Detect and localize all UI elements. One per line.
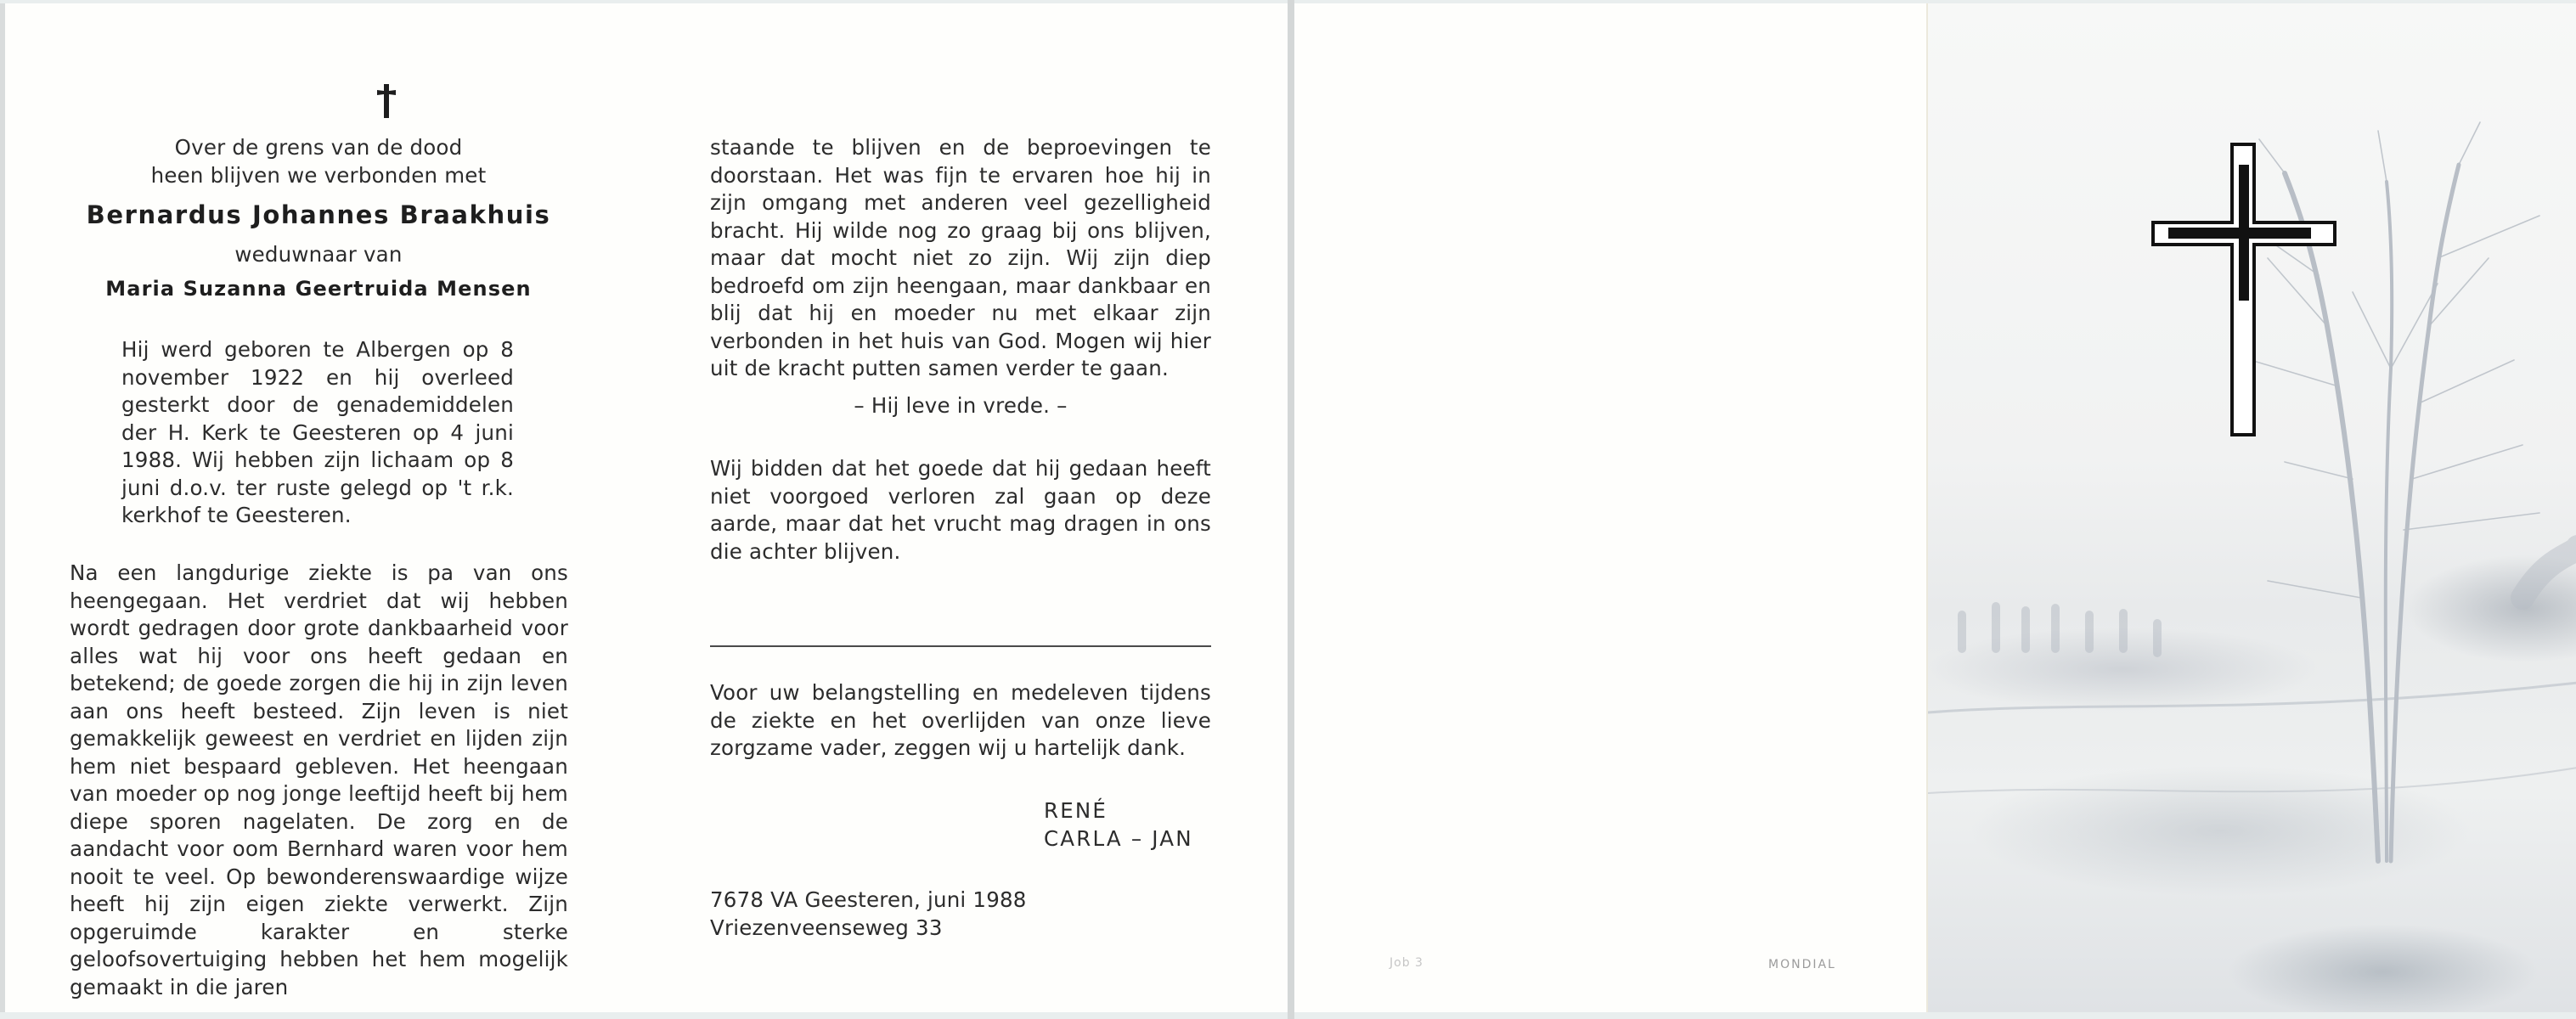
story-paragraph-1: Na een langdurige ziekte is pa van ons h…	[70, 560, 568, 1001]
address-block: 7678 VA Geesteren, juni 1988 Vriezenveen…	[710, 887, 1027, 942]
address-line: Vriezenveenseweg 33	[710, 915, 1027, 943]
inside-left-panel: Over de grens van de dood heen blijven w…	[68, 3, 569, 1012]
cross-icon	[375, 82, 397, 120]
card-separator	[1288, 0, 1294, 1019]
cross-icon	[2151, 141, 2336, 438]
front-cover	[1926, 3, 2576, 1012]
printer-brand-mark: MONDIAL	[1768, 958, 1836, 971]
signer-line: CARLA – JAN	[1044, 825, 1193, 853]
relation-label: weduwnaar van	[68, 241, 569, 269]
spouse-name: Maria Suzanna Geertruida Mensen	[68, 277, 569, 301]
divider-rule	[710, 645, 1211, 647]
inside-right-panel: staande te blijven en de beproevingen te…	[710, 3, 1211, 1012]
signer-line: RENÉ	[1044, 797, 1193, 825]
memorial-card-inside: Over de grens van de dood heen blijven w…	[0, 3, 1288, 1012]
intro-verse: Over de grens van de dood heen blijven w…	[68, 134, 569, 189]
thanks-paragraph: Voor uw belangstelling en medeleven tijd…	[710, 679, 1211, 763]
back-panel: Job 3 MONDIAL	[1294, 3, 1926, 1012]
story-paragraph-2: staande te blijven en de beproevingen te…	[710, 134, 1211, 383]
prayer-paragraph: Wij bidden dat het goede dat hij gedaan …	[710, 455, 1211, 566]
signers: RENÉ CARLA – JAN	[1044, 797, 1193, 853]
rest-in-peace: – Hij leve in vrede. –	[710, 392, 1211, 420]
intro-line: heen blijven we verbonden met	[68, 162, 569, 190]
deceased-name: Bernardus Johannes Braakhuis	[68, 200, 569, 229]
biography-paragraph: Hij werd geboren te Albergen op 8 novemb…	[121, 336, 514, 530]
memorial-card-outside: Job 3 MONDIAL	[1294, 3, 2576, 1012]
address-line: 7678 VA Geesteren, juni 1988	[710, 887, 1027, 915]
intro-line: Over de grens van de dood	[68, 134, 569, 162]
printer-job-mark: Job 3	[1389, 956, 1423, 970]
